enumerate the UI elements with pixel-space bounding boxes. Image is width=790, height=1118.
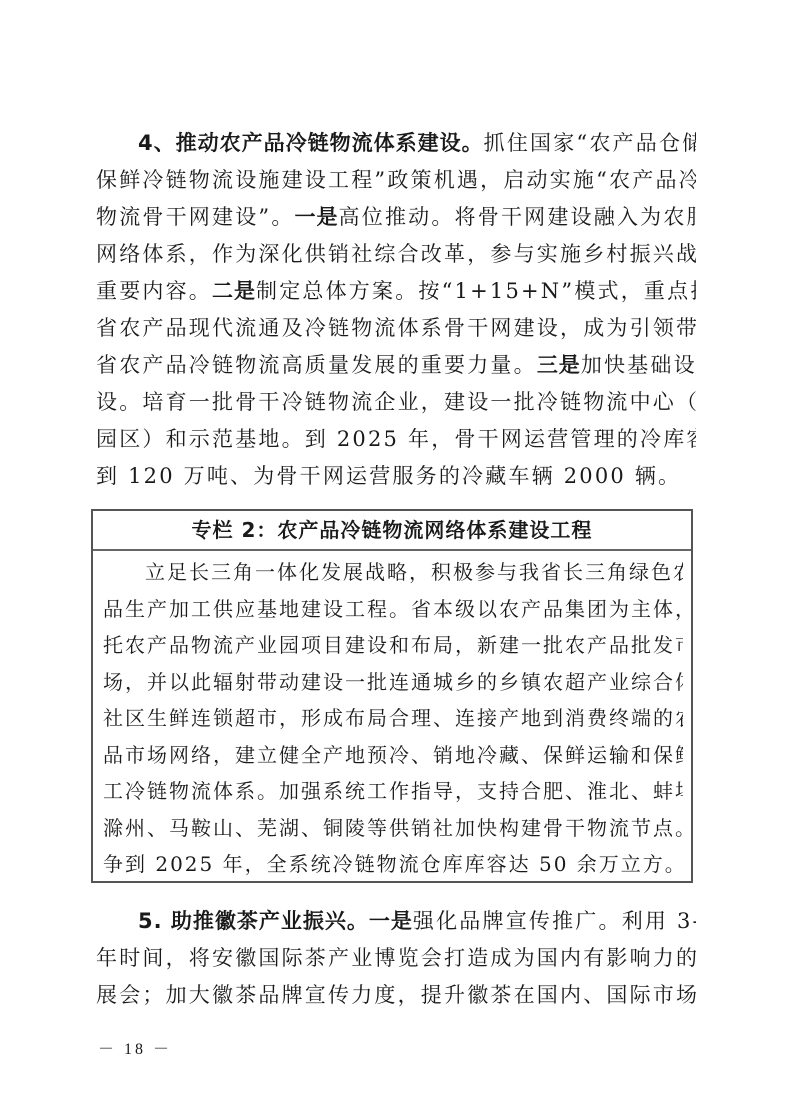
- box-line: 场，并以此辐射带动建设一批连通城乡的乡镇农超产业综合体或: [103, 664, 683, 701]
- section-5-heading: 5. 助推徽茶产业振兴。: [138, 909, 369, 933]
- paragraph-line: 重要内容。二是制定总体方案。按“1+15+N”模式，重点推动全: [96, 273, 696, 310]
- marker-first: 一是: [295, 205, 339, 229]
- paragraph-line: 展会；加大徽茶品牌宣传力度，提升徽茶在国内、国际市场的影: [96, 977, 696, 1014]
- paragraph-line: 到 120 万吨、为骨干网运营服务的冷藏车辆 2000 辆。: [96, 458, 696, 495]
- paragraph-line: 网络体系，作为深化供销社综合改革，参与实施乡村振兴战略的: [96, 236, 696, 273]
- box-line: 争到 2025 年，全系统冷链物流仓库库容达 50 余万立方。: [103, 846, 683, 883]
- feature-box-title: 专栏 2：农产品冷链物流网络体系建设工程: [93, 511, 691, 551]
- box-line: 托农产品物流产业园项目建设和布局，新建一批农产品批发市: [103, 627, 683, 664]
- marker-third: 三是: [537, 353, 581, 377]
- document-page: 4、推动农产品冷链物流体系建设。抓住国家“农产品仓储 保鲜冷链物流设施建设工程”…: [0, 0, 790, 1118]
- section-4-heading: 4、推动农产品冷链物流体系建设。: [138, 131, 484, 155]
- marker-first: 一是: [369, 909, 413, 933]
- box-line: 立足长三角一体化发展战略，积极参与我省长三角绿色农产: [103, 554, 683, 591]
- paragraph-line: 省农产品冷链物流高质量发展的重要力量。三是加快基础设施建: [96, 347, 696, 384]
- paragraph-line: 4、推动农产品冷链物流体系建设。抓住国家“农产品仓储: [96, 125, 696, 162]
- paragraph-line: 园区）和示范基地。到 2025 年，骨干网运营管理的冷库容量达: [96, 421, 696, 458]
- paragraph-line: 设。培育一批骨干冷链物流企业，建设一批冷链物流中心（物流: [96, 384, 696, 421]
- box-line: 品市场网络，建立健全产地预冷、销地冷藏、保鲜运输和保鲜加: [103, 737, 683, 774]
- section-5-paragraph: 5. 助推徽茶产业振兴。一是强化品牌宣传推广。利用 3-5 年时间，将安徽国际茶…: [96, 903, 696, 1014]
- feature-box: 专栏 2：农产品冷链物流网络体系建设工程 立足长三角一体化发展战略，积极参与我省…: [91, 509, 693, 883]
- marker-second: 二是: [212, 279, 256, 303]
- section-4-paragraph: 4、推动农产品冷链物流体系建设。抓住国家“农产品仓储 保鲜冷链物流设施建设工程”…: [96, 125, 696, 495]
- box-line: 社区生鲜连锁超市，形成布局合理、连接产地到消费终端的农产: [103, 700, 683, 737]
- paragraph-line: 保鲜冷链物流设施建设工程”政策机遇，启动实施“农产品冷链: [96, 162, 696, 199]
- box-line: 品生产加工供应基地建设工程。省本级以农产品集团为主体，依: [103, 591, 683, 628]
- paragraph-line: 5. 助推徽茶产业振兴。一是强化品牌宣传推广。利用 3-5: [96, 903, 696, 940]
- box-line: 工冷链物流体系。加强系统工作指导，支持合肥、淮北、蚌埠、: [103, 773, 683, 810]
- paragraph-line: 物流骨干网建设”。一是高位推动。将骨干网建设融入为农服务: [96, 199, 696, 236]
- paragraph-line: 年时间，将安徽国际茶产业博览会打造成为国内有影响力的品牌: [96, 940, 696, 977]
- box-line: 滁州、马鞍山、芜湖、铜陵等供销社加快构建骨干物流节点。力: [103, 810, 683, 847]
- paragraph-line: 省农产品现代流通及冷链物流体系骨干网建设，成为引领带动我: [96, 310, 696, 347]
- page-number: － 18 －: [98, 1036, 172, 1059]
- feature-box-body: 立足长三角一体化发展战略，积极参与我省长三角绿色农产 品生产加工供应基地建设工程…: [93, 551, 691, 883]
